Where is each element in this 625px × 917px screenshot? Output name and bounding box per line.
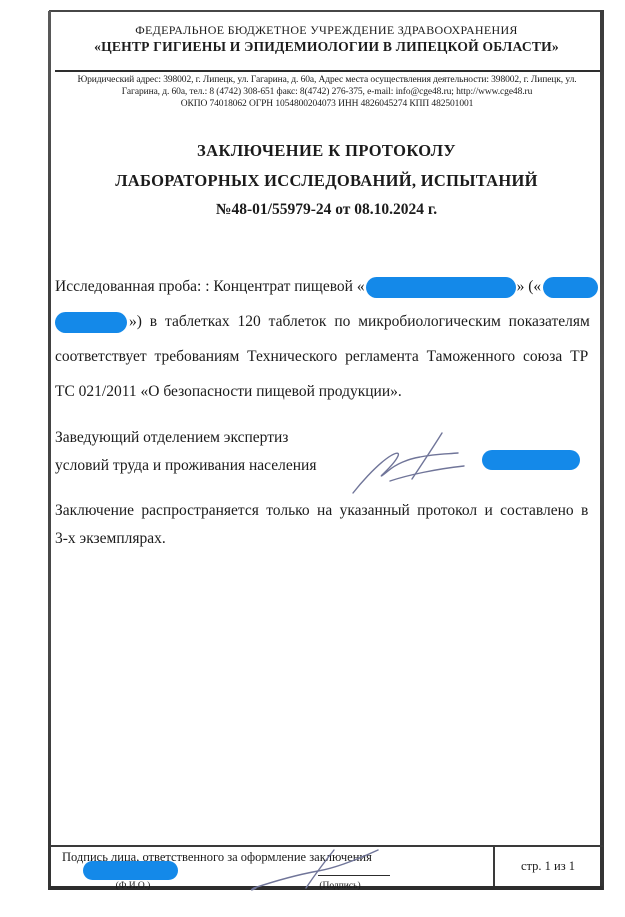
- scanned-document: { "document": { "header": { "org_type": …: [0, 0, 625, 917]
- body-line-1: Исследованная проба: : Концентрат пищево…: [55, 275, 598, 299]
- body-text: Исследованная проба: : Концентрат пищево…: [55, 278, 365, 296]
- signatory-position-line-2: условий труда и проживания населения: [55, 457, 316, 475]
- document-title-number: №48-01/55979-24 от 08.10.2024 г.: [50, 201, 603, 219]
- document-title-line-2: ЛАБОРАТОРНЫХ ИССЛЕДОВАНИЙ, ИСПЫТАНИЙ: [50, 171, 603, 191]
- closing-line-2: 3-х экземплярах.: [55, 530, 166, 548]
- body-line-3: соответствует требованиям Технического р…: [55, 345, 598, 369]
- body-line-4: ТС 021/2011 «О безопасности пищевой прод…: [55, 380, 598, 404]
- address-line-1: Юридический адрес: 398002, г. Липецк, ул…: [53, 75, 601, 85]
- body-text: » («: [517, 278, 542, 296]
- signature-image: [346, 421, 484, 499]
- redaction-box: [543, 277, 598, 298]
- address-line-3: ОКПО 74018062 ОГРН 1054800204073 ИНН 482…: [53, 99, 601, 109]
- redaction-box: [482, 450, 580, 470]
- letterhead-rule: [55, 70, 600, 72]
- page-number: стр. 1 из 1: [493, 847, 603, 886]
- org-name-line: «ЦЕНТР ГИГИЕНЫ И ЭПИДЕМИОЛОГИИ В ЛИПЕЦКО…: [50, 39, 603, 55]
- org-type-line: ФЕДЕРАЛЬНОЕ БЮДЖЕТНОЕ УЧРЕЖДЕНИЕ ЗДРАВОО…: [50, 23, 603, 38]
- podpis-caption: (Подпись): [295, 881, 385, 891]
- scan-edge-top: [49, 10, 603, 12]
- address-line-2: Гагарина, д. 60а, тел.: 8 (4742) 308-651…: [53, 87, 601, 97]
- redaction-box: [83, 861, 178, 880]
- body-text: ») в таблетках 120 таблеток по микробиол…: [129, 313, 590, 331]
- fio-caption: (Ф.И.О.): [103, 881, 163, 891]
- closing-line-1: Заключение распространяется только на ук…: [55, 502, 598, 520]
- redaction-box: [366, 277, 516, 298]
- signatory-position-line-1: Заведующий отделением экспертиз: [55, 429, 288, 447]
- redaction-box: [55, 312, 127, 333]
- document-title-line-1: ЗАКЛЮЧЕНИЕ К ПРОТОКОЛУ: [50, 141, 603, 161]
- footer-table: Подпись лица, ответственного за оформлен…: [50, 845, 603, 890]
- body-line-2: ») в таблетках 120 таблеток по микробиол…: [55, 310, 598, 334]
